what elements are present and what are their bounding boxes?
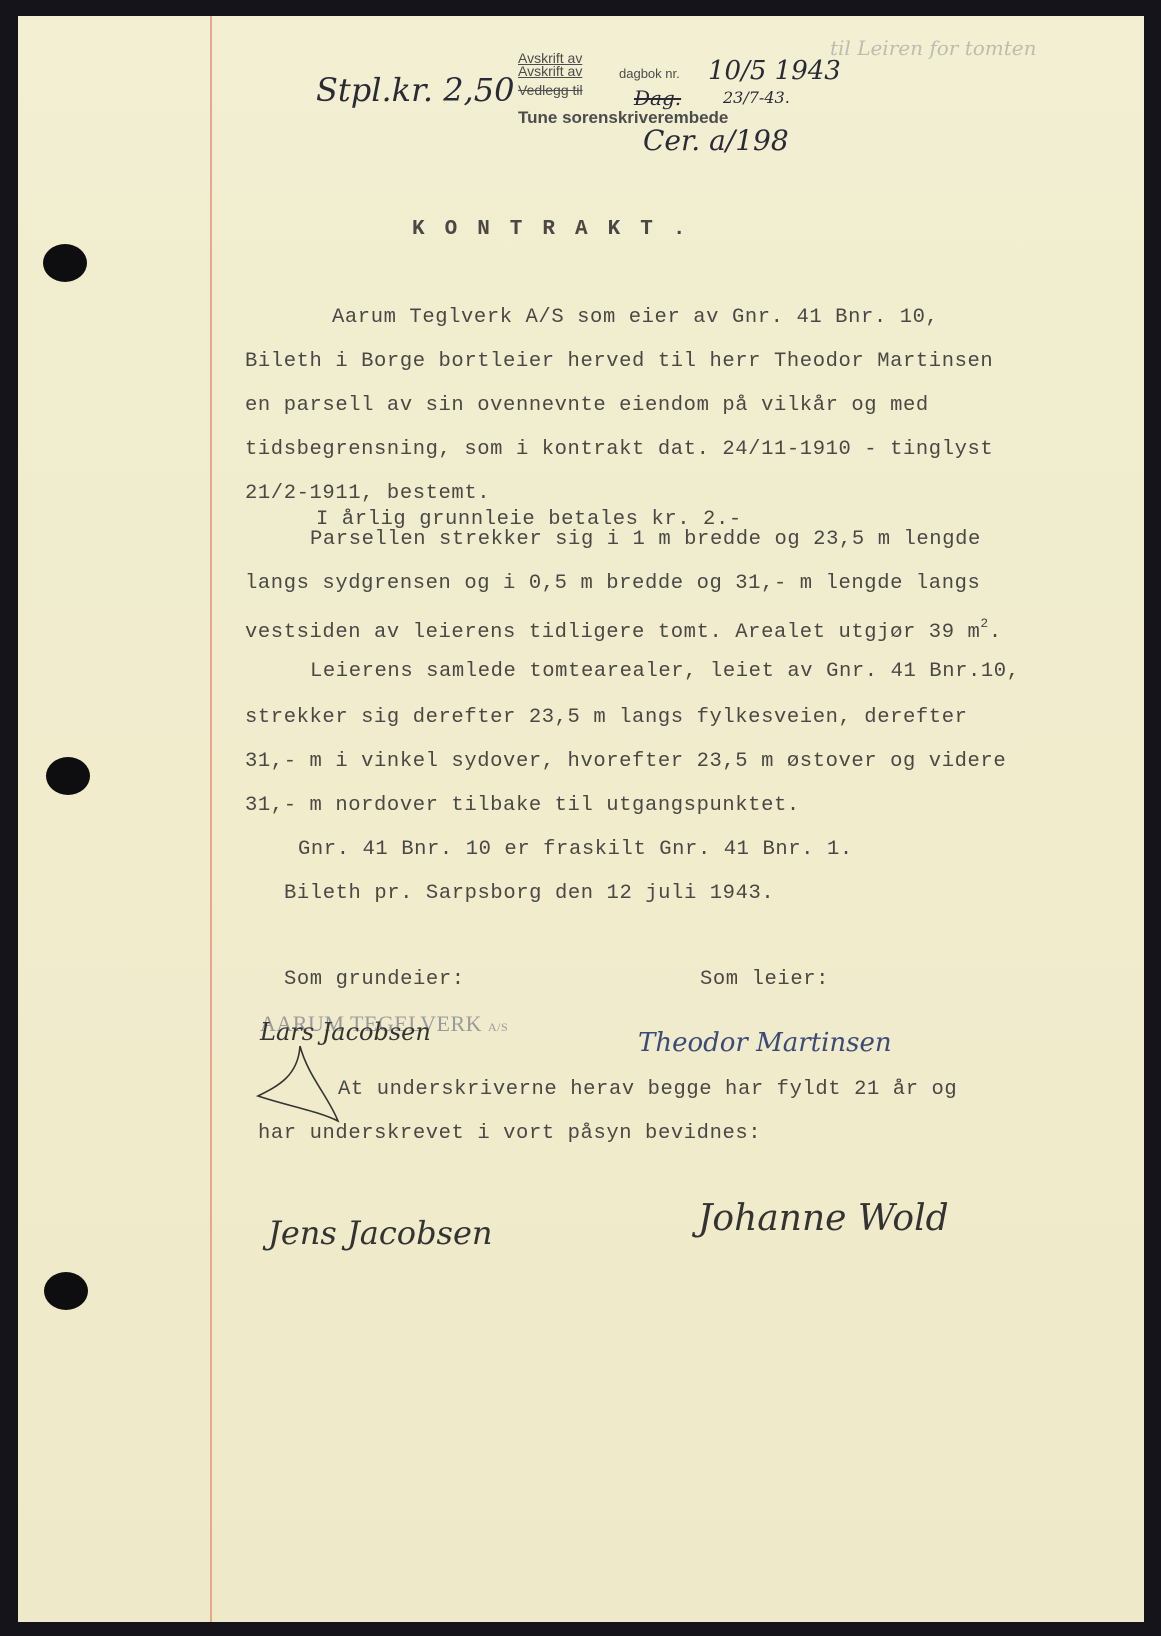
body-line: strekker sig derefter 23,5 m langs fylke…: [245, 706, 968, 729]
body-line: langs sydgrensen og i 0,5 m bredde og 31…: [245, 572, 980, 595]
body-line: 31,- m nordover tilbake til utgangspunkt…: [245, 794, 800, 817]
area-text: vestsiden av leierens tidligere tomt. Ar…: [245, 621, 980, 644]
period: .: [989, 621, 1002, 644]
leier-signature: Theodor Martinsen: [638, 1028, 892, 1058]
company-stamp-suffix: A/S: [488, 1020, 508, 1034]
dagbok-number: 10/5 1943: [708, 56, 841, 86]
witness2-signature: Johanne Wold: [698, 1198, 949, 1239]
witness-line: har underskrevet i vort påsyn bevidnes:: [258, 1122, 761, 1145]
stamp-dag-struck: Dag.: [634, 86, 681, 110]
faint-top-note: til Leiren for tomten: [830, 36, 1037, 60]
registration-date: 23/7-43.: [723, 88, 790, 107]
stamp-avskrift-line2: Avskrift av: [518, 63, 582, 79]
stamp-vedlegg-struck: Vedlegg til: [518, 82, 583, 98]
grundeier-label: Som grundeier:: [284, 968, 465, 991]
place-date-line: Bileth pr. Sarpsborg den 12 juli 1943.: [284, 882, 774, 905]
body-line: Leierens samlede tomtearealer, leiet av …: [310, 660, 1020, 683]
reference-number: Cer. a/198: [643, 124, 789, 157]
witness-line: At underskriverne herav begge har fyldt …: [338, 1078, 957, 1101]
body-line: Bileth i Borge bortleier herved til herr…: [245, 350, 993, 373]
body-line: tidsbegrensning, som i kontrakt dat. 24/…: [245, 438, 993, 461]
body-line: Parsellen strekker sig i 1 m bredde og 2…: [310, 528, 981, 551]
margin-rule: [210, 16, 212, 1622]
body-line: en parsell av sin ovennevnte eiendom på …: [245, 394, 929, 417]
document-title: KONTRAKT.: [412, 218, 705, 241]
punch-hole-top: [43, 244, 87, 282]
punch-hole-bottom: [44, 1272, 88, 1310]
body-line: 31,- m i vinkel sydover, hvorefter 23,5 …: [245, 750, 1006, 773]
punch-hole-middle: [46, 757, 90, 795]
body-line: 21/2-1911, bestemt.: [245, 482, 490, 505]
document-page: Stpl.kr. 2,50 Avskrift av Avskrift av da…: [18, 16, 1144, 1622]
superscript-2: 2: [980, 616, 988, 631]
stamp-dagbok-label: dagbok nr.: [619, 66, 680, 81]
witness1-signature: Jens Jacobsen: [268, 1214, 493, 1252]
body-line: Gnr. 41 Bnr. 10 er fraskilt Gnr. 41 Bnr.…: [298, 838, 853, 861]
grundeier-signature: Lars Jacobsen: [260, 1018, 431, 1046]
stamp-duty-annotation: Stpl.kr. 2,50: [316, 71, 514, 109]
body-line: Aarum Teglverk A/S som eier av Gnr. 41 B…: [332, 306, 938, 329]
body-line: vestsiden av leierens tidligere tomt. Ar…: [245, 616, 1002, 644]
leier-label: Som leier:: [700, 968, 829, 991]
